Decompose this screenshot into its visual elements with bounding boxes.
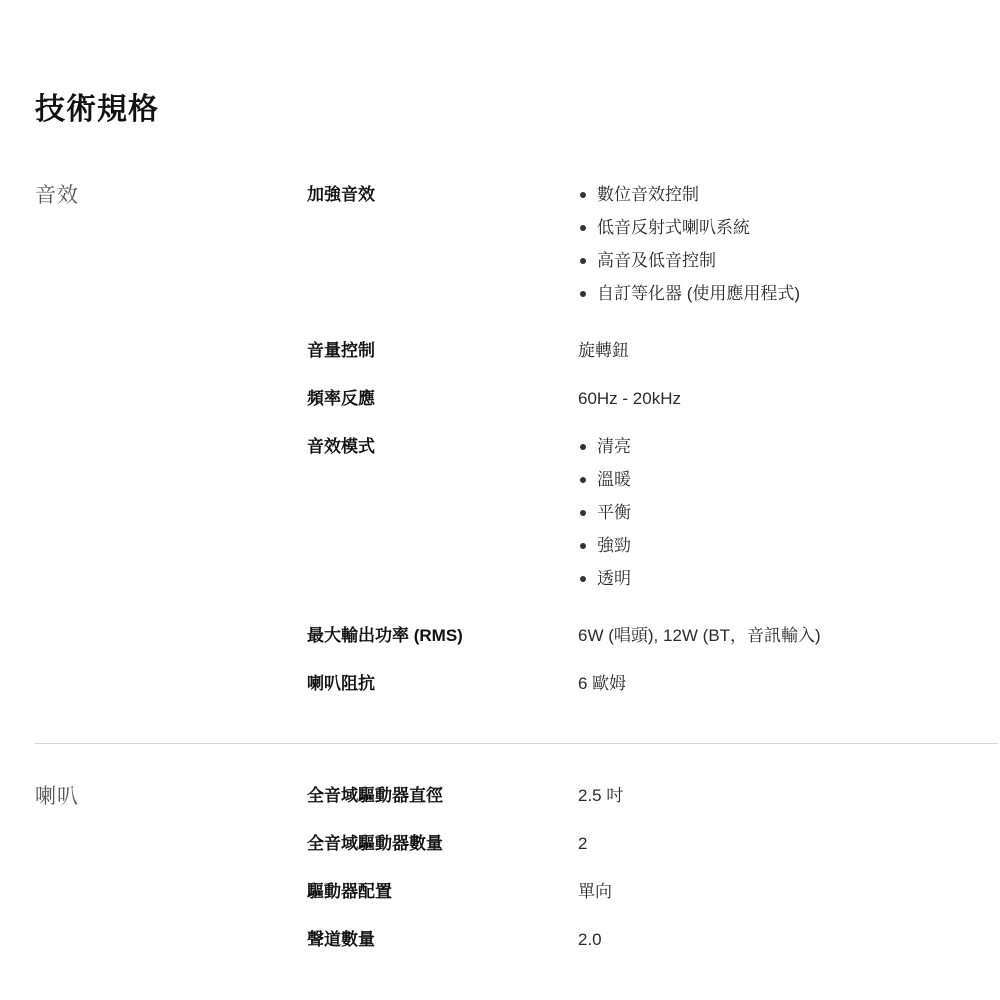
spec-name: 驅動器配置 <box>307 881 578 903</box>
spec-value: 6W (唱頭), 12W (BT，音訊輸入) <box>578 625 998 647</box>
spec-value: 旋轉鈕 <box>578 340 998 362</box>
spec-row-enhanced-audio: 加強音效 數位音效控制 低音反射式喇叭系統 高音及低音控制 自訂等化器 (使用應… <box>307 184 998 305</box>
bullet-item: 數位音效控制 <box>578 184 998 206</box>
bullet-item: 自訂等化器 (使用應用程式) <box>578 283 998 305</box>
bullet-item: 低音反射式喇叭系統 <box>578 217 998 239</box>
bullet-item: 高音及低音控制 <box>578 250 998 272</box>
spec-row-driver-diameter: 全音域驅動器直徑 2.5 吋 <box>307 785 998 807</box>
section-label-speaker: 喇叭 <box>35 785 307 809</box>
tech-specs-page: 技術規格 音效 加強音效 數位音效控制 低音反射式喇叭系統 高音及低音控制 自訂… <box>0 0 1000 1000</box>
spec-name: 加強音效 <box>307 184 578 206</box>
spec-row-max-output-power: 最大輸出功率 (RMS) 6W (唱頭), 12W (BT，音訊輸入) <box>307 625 998 647</box>
spec-value: 清亮 溫暖 平衡 強勁 透明 <box>578 436 998 590</box>
spec-row-channel-count: 聲道數量 2.0 <box>307 929 998 951</box>
spec-name: 頻率反應 <box>307 388 578 410</box>
spec-value: 60Hz - 20kHz <box>578 388 998 410</box>
spec-row-driver-count: 全音域驅動器數量 2 <box>307 833 998 855</box>
spec-row-sound-modes: 音效模式 清亮 溫暖 平衡 強勁 透明 <box>307 436 998 590</box>
spec-name: 喇叭阻抗 <box>307 673 578 695</box>
spec-name: 音效模式 <box>307 436 578 458</box>
bullet-item: 溫暖 <box>578 469 998 491</box>
spec-name: 全音域驅動器直徑 <box>307 785 578 807</box>
bullet-item: 透明 <box>578 568 998 590</box>
section-label-audio: 音效 <box>35 184 307 208</box>
bullet-item: 清亮 <box>578 436 998 458</box>
bullet-item: 強勁 <box>578 535 998 557</box>
spec-row-volume-control: 音量控制 旋轉鈕 <box>307 340 998 362</box>
bullet-list: 數位音效控制 低音反射式喇叭系統 高音及低音控制 自訂等化器 (使用應用程式) <box>578 184 998 305</box>
page-title: 技術規格 <box>35 84 998 128</box>
section-speaker: 喇叭 全音域驅動器直徑 2.5 吋 全音域驅動器數量 2 驅動器配置 單向 聲道… <box>35 743 998 1000</box>
bullet-list: 清亮 溫暖 平衡 強勁 透明 <box>578 436 998 590</box>
section-audio: 音效 加強音效 數位音效控制 低音反射式喇叭系統 高音及低音控制 自訂等化器 (… <box>35 184 998 695</box>
spec-value: 6 歐姆 <box>578 673 998 695</box>
spec-name: 全音域驅動器數量 <box>307 833 578 855</box>
section-audio-rows: 加強音效 數位音效控制 低音反射式喇叭系統 高音及低音控制 自訂等化器 (使用應… <box>307 184 998 695</box>
bullet-item: 平衡 <box>578 502 998 524</box>
spec-row-driver-configuration: 驅動器配置 單向 <box>307 881 998 903</box>
spec-value: 2 <box>578 833 998 855</box>
spec-name: 音量控制 <box>307 340 578 362</box>
spec-value: 單向 <box>578 881 998 903</box>
spec-name: 聲道數量 <box>307 929 578 951</box>
spec-value: 數位音效控制 低音反射式喇叭系統 高音及低音控制 自訂等化器 (使用應用程式) <box>578 184 998 305</box>
spec-value: 2.5 吋 <box>578 785 998 807</box>
spec-value: 2.0 <box>578 929 998 951</box>
spec-row-frequency-response: 頻率反應 60Hz - 20kHz <box>307 388 998 410</box>
spec-row-speaker-impedance: 喇叭阻抗 6 歐姆 <box>307 673 998 695</box>
spec-name: 最大輸出功率 (RMS) <box>307 625 578 647</box>
section-speaker-rows: 全音域驅動器直徑 2.5 吋 全音域驅動器數量 2 驅動器配置 單向 聲道數量 … <box>307 785 998 951</box>
